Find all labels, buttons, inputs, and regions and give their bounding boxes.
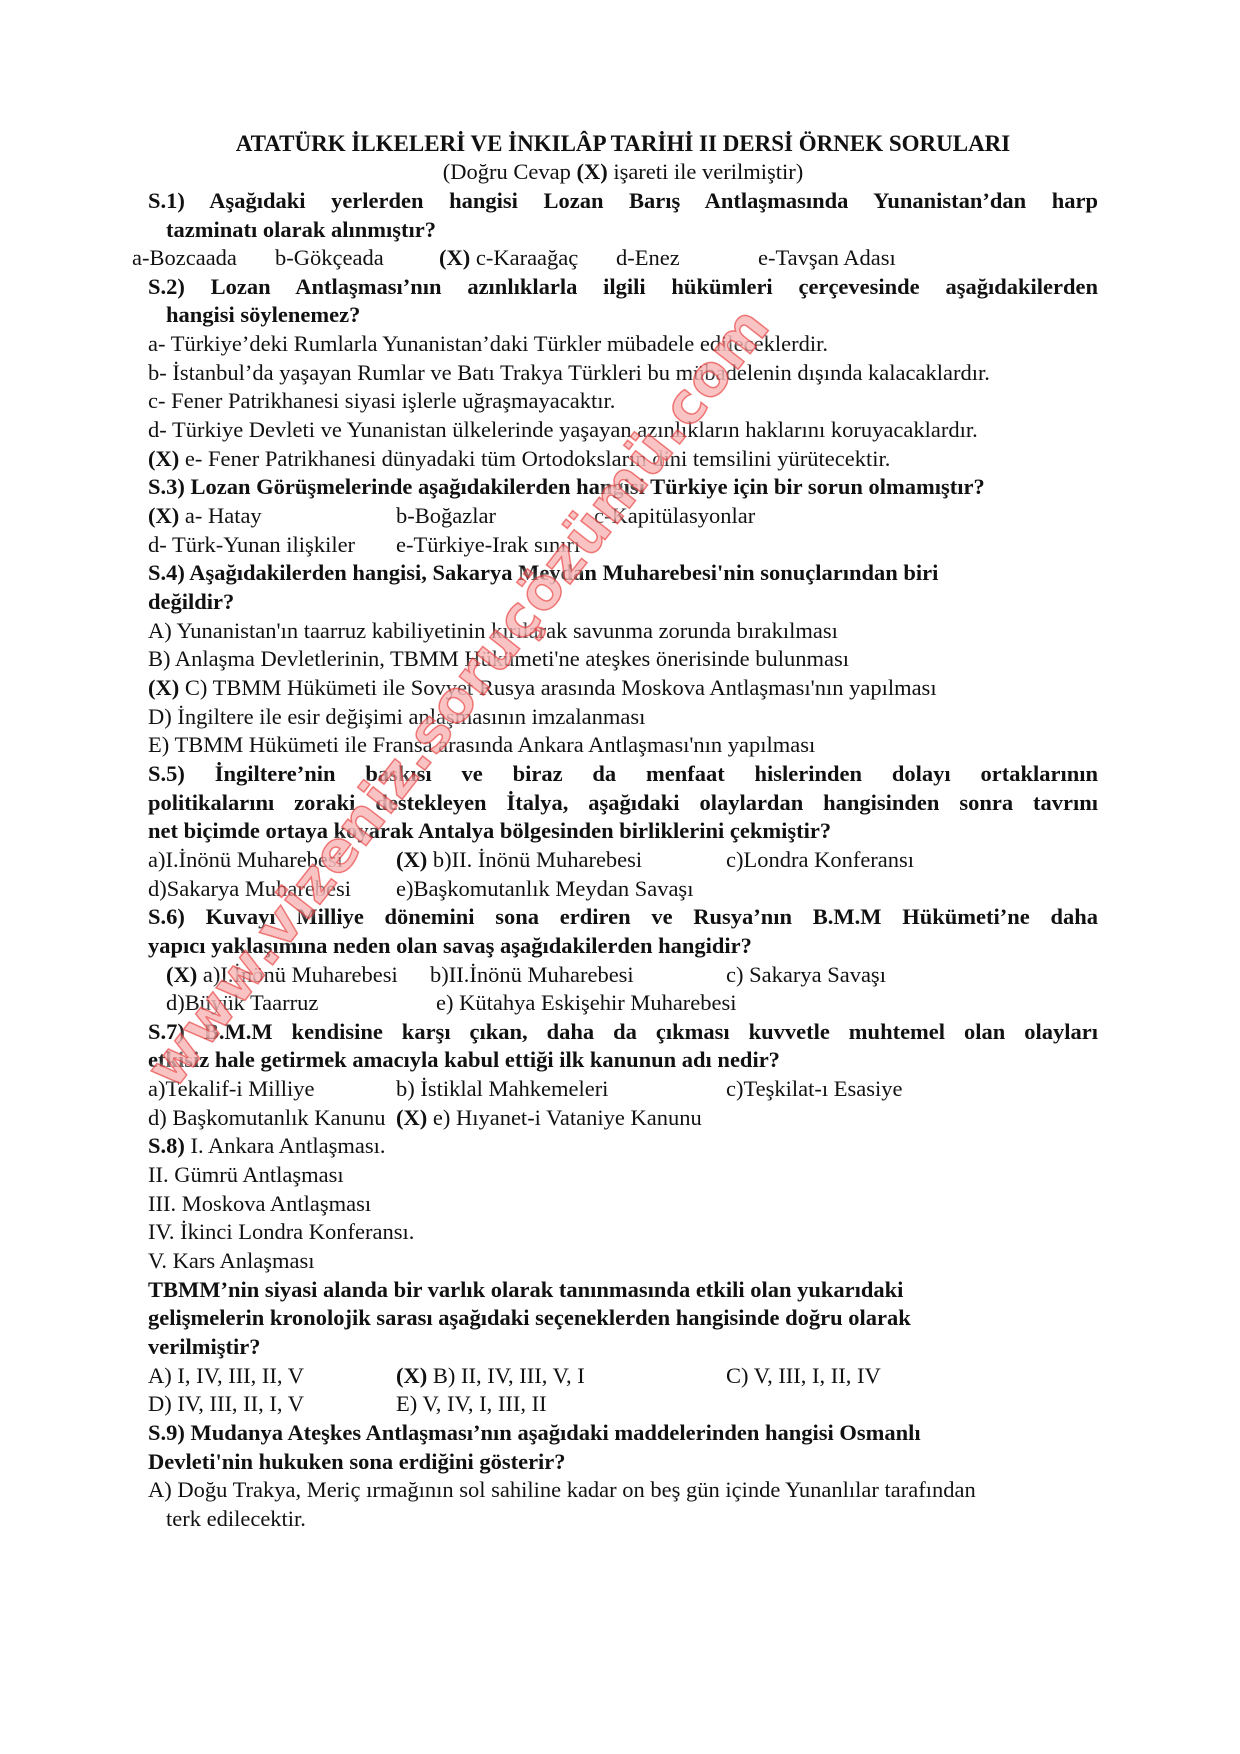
answer-mark: (X) xyxy=(166,962,197,987)
option-e: e) Kütahya Eskişehir Muharebesi xyxy=(436,989,737,1018)
question-text: etkisiz hale getirmek amacıyla kabul ett… xyxy=(148,1046,1098,1075)
option-b: (X) b)II. İnönü Muharebesi xyxy=(396,846,642,875)
statement-item: IV. İkinci Londra Konferansı. xyxy=(148,1218,1098,1247)
option-d: d) Başkomutanlık Kanunu xyxy=(148,1104,385,1133)
answer-mark: (X) xyxy=(148,446,179,471)
question-text: gelişmelerin kronolojik sarası aşağıdaki… xyxy=(148,1304,1098,1333)
option-a: a- Türkiye’deki Rumlarla Yunanistan’daki… xyxy=(148,330,1098,359)
option-a: a)I.İnönü Muharebesi xyxy=(148,846,343,875)
question-text: S.2) Lozan Antlaşması’nın azınlıklarla i… xyxy=(148,273,1098,302)
option-c: C) V, III, I, II, IV xyxy=(726,1362,881,1391)
question-text: Devleti'nin hukuken sona erdiğini göster… xyxy=(148,1448,1098,1477)
option-a: A) I, IV, III, II, V xyxy=(148,1362,304,1391)
option-a: A) Yunanistan'ın taarruz kabiliyetinin k… xyxy=(148,617,1098,646)
question-text: yapıcı yaklaşımına neden olan savaş aşağ… xyxy=(148,932,1098,961)
question-text: net biçimde ortaya koyarak Antalya bölge… xyxy=(148,817,1098,846)
statement-item: V. Kars Anlaşması xyxy=(148,1247,1098,1276)
question-text: S.6) Kuvayı Milliye dönemini sona erdire… xyxy=(148,903,1098,932)
option-a: A) Doğu Trakya, Meriç ırmağının sol sahi… xyxy=(148,1476,1098,1505)
answer-mark: (X) xyxy=(148,503,179,528)
option-a: (X) a- Hatay xyxy=(148,502,262,531)
option-d: d-Enez xyxy=(616,244,680,273)
option-e: e-Türkiye-Irak sınırı xyxy=(396,531,580,560)
option-b: (X) B) II, IV, III, V, I xyxy=(396,1362,585,1391)
option-b: b)II.İnönü Muharebesi xyxy=(430,961,634,990)
statement-item: III. Moskova Antlaşması xyxy=(148,1190,1098,1219)
option-b: b) İstiklal Mahkemeleri xyxy=(396,1075,608,1104)
question-text: S.3) Lozan Görüşmelerinde aşağıdakilerde… xyxy=(148,473,1098,502)
option-e: E) V, IV, I, III, II xyxy=(396,1390,547,1419)
option-c: (X) C) TBMM Hükümeti ile Sovyet Rusya ar… xyxy=(148,674,1098,703)
answer-mark: (X) xyxy=(439,245,470,270)
option-d: d)Büyük Taarruz xyxy=(166,989,318,1018)
statement-item: II. Gümrü Antlaşması xyxy=(148,1161,1098,1190)
option-e: E) TBMM Hükümeti ile Fransa arasında Ank… xyxy=(148,731,1098,760)
document-title: ATATÜRK İLKELERİ VE İNKILÂP TARİHİ II DE… xyxy=(148,130,1098,159)
option-text: b)II. İnönü Muharebesi xyxy=(433,847,642,872)
subtitle-text: (Doğru Cevap xyxy=(443,159,577,184)
option-c: c) Sakarya Savaşı xyxy=(726,961,886,990)
option-text: a)I.İnönü Muharebesi xyxy=(203,962,398,987)
option-c: c)Teşkilat-ı Esasiye xyxy=(726,1075,902,1104)
option-c: c- Fener Patrikhanesi siyasi işlerle uğr… xyxy=(148,387,1098,416)
option-text: e) Hıyanet-i Vataniye Kanunu xyxy=(433,1105,702,1130)
question-text: TBMM’nin siyasi alanda bir varlık olarak… xyxy=(148,1276,1098,1305)
option-c: c-Kapitülasyonlar xyxy=(594,502,755,531)
option-b: b- İstanbul’da yaşayan Rumlar ve Batı Tr… xyxy=(148,359,1098,388)
option-text: C) TBMM Hükümeti ile Sovyet Rusya arasın… xyxy=(185,675,937,700)
document-page: ATATÜRK İLKELERİ VE İNKILÂP TARİHİ II DE… xyxy=(0,0,1240,1754)
question-number: S.8) xyxy=(148,1133,185,1158)
question-text: S.7) B.M.M kendisine karşı çıkan, daha d… xyxy=(148,1018,1098,1047)
option-d: D) İngiltere ile esir değişimi anlaşması… xyxy=(148,703,1098,732)
statement-item: S.8) I. Ankara Antlaşması. xyxy=(148,1132,1098,1161)
answer-mark: (X) xyxy=(396,1105,427,1130)
option-c: c)Londra Konferansı xyxy=(726,846,914,875)
question-text: S.4) Aşağıdakilerden hangisi, Sakarya Me… xyxy=(148,559,1098,588)
option-text: e- Fener Patrikhanesi dünyadaki tüm Orto… xyxy=(185,446,890,471)
option-e: e)Başkomutanlık Meydan Savaşı xyxy=(396,875,693,904)
option-d: d)Sakarya Muharebesi xyxy=(148,875,351,904)
question-text: hangisi söylenemez? xyxy=(148,301,1098,330)
option-b: b-Gökçeada xyxy=(275,244,384,273)
option-c: (X) c-Karaağaç xyxy=(439,244,578,273)
question-text: verilmiştir? xyxy=(148,1333,1098,1362)
statement-text: I. Ankara Antlaşması. xyxy=(191,1133,386,1158)
option-text: c-Karaağaç xyxy=(476,245,578,270)
option-e: (X) e- Fener Patrikhanesi dünyadaki tüm … xyxy=(148,445,1098,474)
document-subtitle: (Doğru Cevap (X) işareti ile verilmiştir… xyxy=(148,158,1098,187)
answer-mark: (X) xyxy=(576,159,607,184)
option-b: b-Boğazlar xyxy=(396,502,496,531)
subtitle-text: işareti ile verilmiştir) xyxy=(608,159,804,184)
question-text: S.5) İngiltere’nin baskısı ve biraz da m… xyxy=(148,760,1098,789)
option-a: a-Bozcaada xyxy=(132,244,237,273)
question-text: değildir? xyxy=(148,588,1098,617)
option-b: B) Anlaşma Devletlerinin, TBMM Hükümeti'… xyxy=(148,645,1098,674)
option-a: a)Tekalif-i Milliye xyxy=(148,1075,315,1104)
option-d: d- Türkiye Devleti ve Yunanistan ülkeler… xyxy=(148,416,1098,445)
option-d: D) IV, III, II, I, V xyxy=(148,1390,304,1419)
option-e: (X) e) Hıyanet-i Vataniye Kanunu xyxy=(396,1104,702,1133)
question-text: S.1) Aşağıdaki yerlerden hangisi Lozan B… xyxy=(148,187,1098,216)
option-a-continued: terk edilecektir. xyxy=(148,1505,1098,1534)
option-d: d- Türk-Yunan ilişkiler xyxy=(148,531,355,560)
option-e: e-Tavşan Adası xyxy=(758,244,896,273)
option-text: B) II, IV, III, V, I xyxy=(433,1363,585,1388)
question-text: tazminatı olarak alınmıştır? xyxy=(148,216,1098,245)
question-text: politikalarını zoraki destekleyen İtalya… xyxy=(148,789,1098,818)
option-a: (X) a)I.İnönü Muharebesi xyxy=(166,961,398,990)
answer-mark: (X) xyxy=(148,675,179,700)
answer-mark: (X) xyxy=(396,847,427,872)
option-text: a- Hatay xyxy=(185,503,262,528)
answer-mark: (X) xyxy=(396,1363,427,1388)
question-text: S.9) Mudanya Ateşkes Antlaşması’nın aşağ… xyxy=(148,1419,1098,1448)
